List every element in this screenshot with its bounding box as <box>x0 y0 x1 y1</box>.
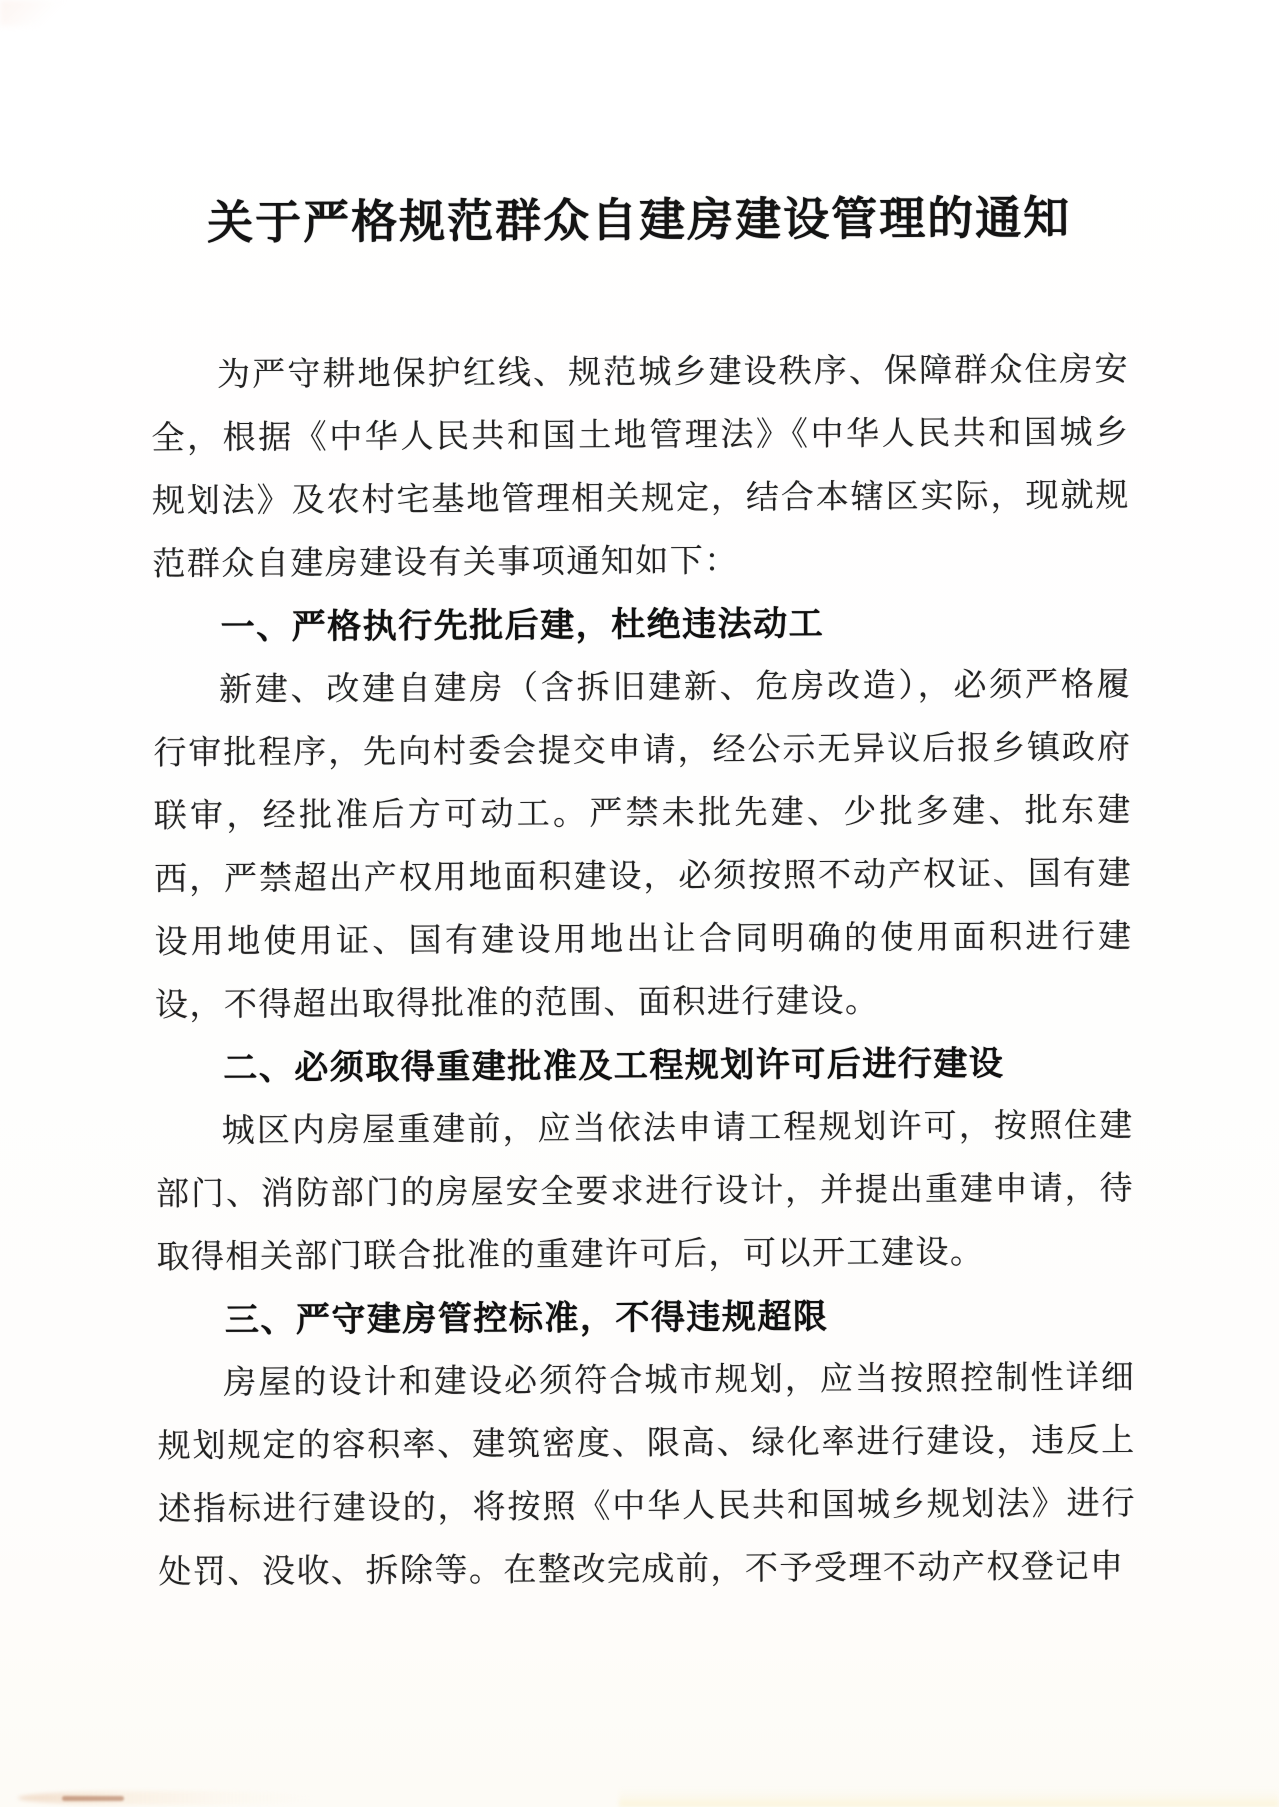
section-1-heading: 一、严格执行先批后建，杜绝违法动工 <box>152 591 1130 660</box>
scanned-notice-page: 关于严格规范群众自建房建设管理的通知 为严守耕地保护红线、规范城乡建设秩序、保障… <box>0 0 1279 1807</box>
document-body: 关于严格规范群众自建房建设管理的通知 为严守耕地保护红线、规范城乡建设秩序、保障… <box>150 189 1137 1605</box>
section-2-paragraph: 城区内房屋重建前，应当依法申请工程规划许可，按照住建部门、消防部门的房屋安全要求… <box>156 1095 1135 1290</box>
intro-paragraph: 为严守耕地保护红线、规范城乡建设秩序、保障群众住房安全，根据《中华人民共和国土地… <box>151 339 1131 597</box>
section-2-heading: 二、必须取得重建批准及工程规划许可后进行建设 <box>155 1032 1133 1101</box>
section-1-paragraph: 新建、改建自建房（含拆旧建新、危房改造），必须严格履行审批程序，先向村委会提交申… <box>153 654 1133 1038</box>
scan-smudge-bottom-right <box>619 1787 1279 1807</box>
section-3-paragraph: 房屋的设计和建设必须符合城市规划，应当按照控制性详细规划规定的容积率、建筑密度、… <box>157 1347 1137 1605</box>
scan-smudge-top-left <box>0 0 70 26</box>
section-3-heading: 三、严守建房管控标准，不得违规超限 <box>157 1284 1135 1353</box>
document-title: 关于严格规范群众自建房建设管理的通知 <box>150 189 1128 253</box>
scan-smudge-mark <box>62 1796 124 1801</box>
